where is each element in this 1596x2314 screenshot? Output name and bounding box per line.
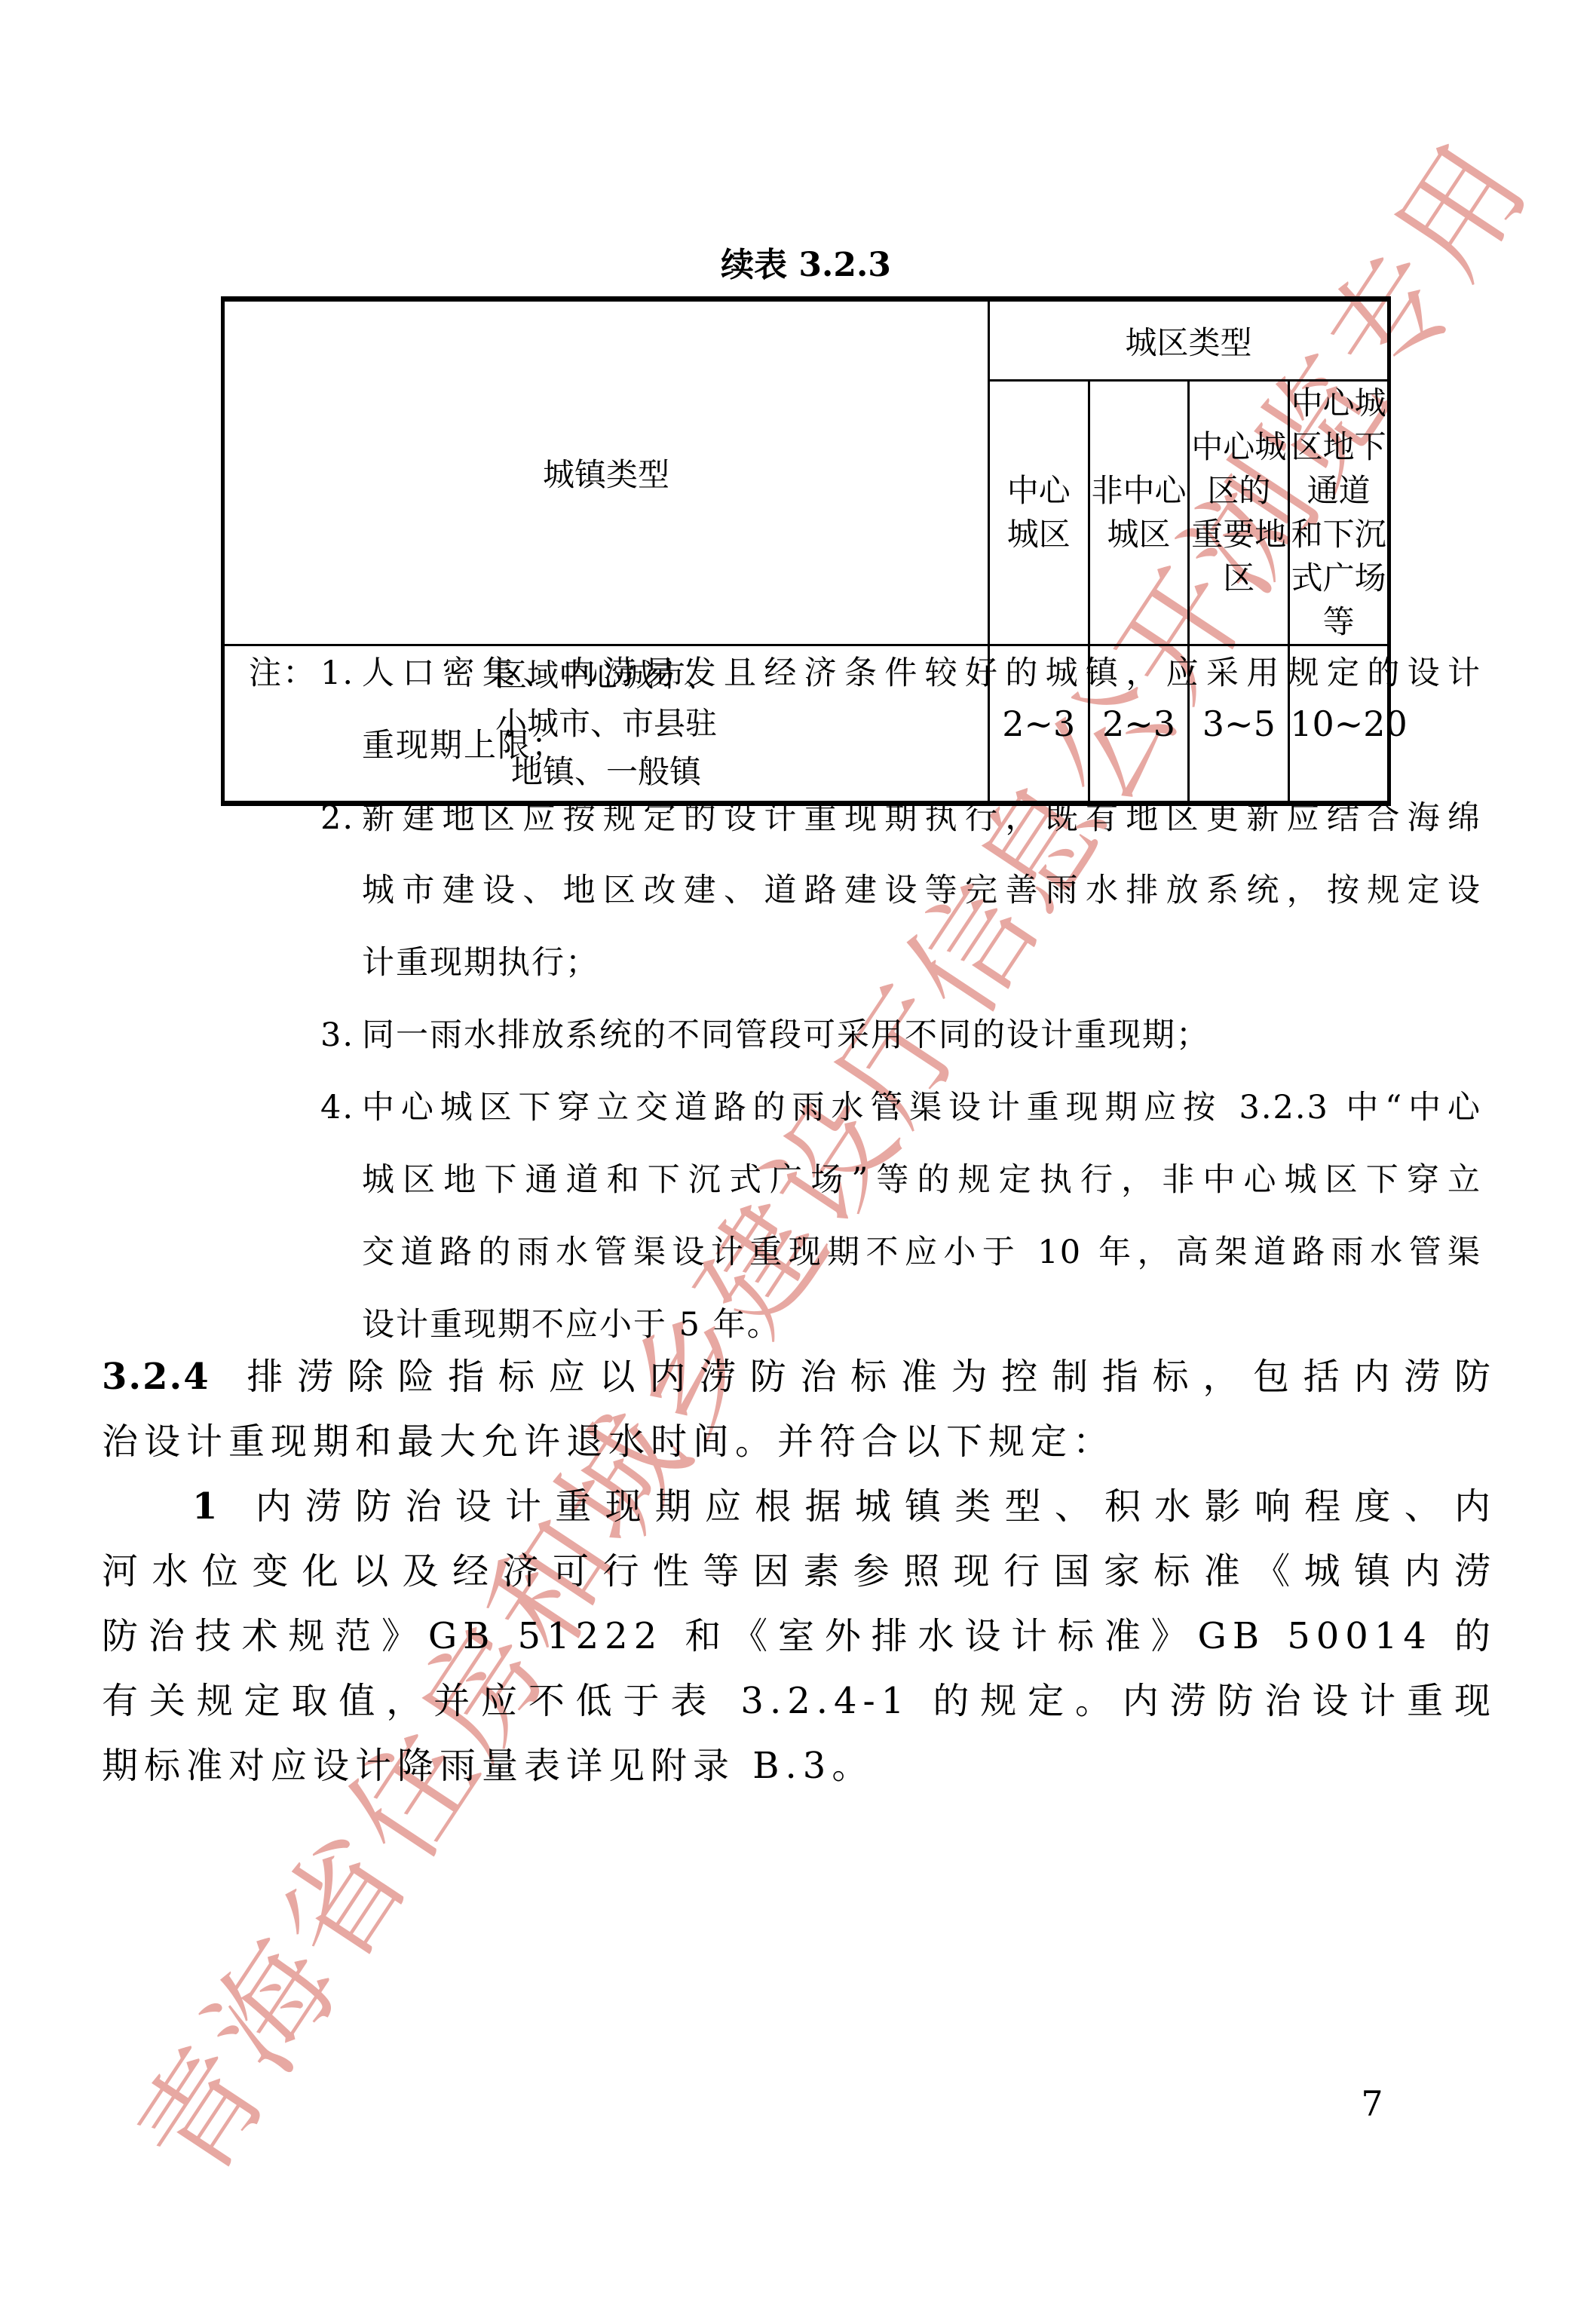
note-text: 城区地下通道和下沉式广场”等的规定执行，非中心城区下穿立 [362, 1144, 1481, 1216]
section-3-2-4: 3.2.4排涝除险指标应以内涝防治标准为控制指标，包括内涝防 治设计重现期和最大… [102, 1344, 1496, 1798]
section-line: 有关规定取值，并应不低于表 3.2.4-1 的规定。内涝防治设计重现 [102, 1669, 1496, 1733]
sub-header-line: 中心 [990, 469, 1088, 513]
section-text: 河水位变化以及经济可行性等因素参照现行国家标准《城镇内涝 [102, 1550, 1496, 1592]
note-line: 4. 中心城区下穿立交道路的雨水管渠设计重现期应按 3.2.3 中“中心 [249, 1071, 1485, 1144]
document-page: 青海省住房和城乡建设厅信息公开浏览专用 续表 3.2.3 城镇类型 城区类型 中… [0, 0, 1596, 2314]
clause-number: 1 [192, 1485, 219, 1528]
sub-header-important-area: 中心城区的 重要地区 [1189, 381, 1289, 645]
sub-header-line: 中心城区地下通道 [1290, 382, 1387, 513]
sub-header-non-central-district: 非中心 城区 [1089, 381, 1189, 645]
table-title: 续表 3.2.3 [221, 241, 1391, 290]
section-line: 治设计重现期和最大允许退水时间。并符合以下规定： [102, 1409, 1496, 1474]
sub-header-central-district: 中心 城区 [988, 381, 1089, 645]
section-line: 防治技术规范》GB 51222 和《室外排水设计标准》GB 50014 的 [102, 1604, 1496, 1669]
note-line: 交道路的雨水管渠设计重现期不应小于 10 年，高架道路雨水管渠 [249, 1216, 1485, 1289]
note-text: 重现期上限； [362, 710, 565, 782]
note-text: 城市建设、地区改建、道路建设等完善雨水排放系统，按规定设 [362, 854, 1481, 927]
sub-header-underpass-sunken-plaza: 中心城区地下通道 和下沉式广场等 [1289, 381, 1389, 645]
note-line: 计重现期执行； [249, 927, 1485, 999]
sub-header-line: 城区 [990, 513, 1088, 556]
sub-header-line: 和下沉式广场等 [1290, 513, 1387, 644]
section-text: 期标准对应设计降雨量表详见附录 B.3。 [102, 1745, 874, 1787]
note-number: 3. [320, 999, 354, 1071]
note-line: 重现期上限； [249, 710, 1485, 782]
section-line: 3.2.4排涝除险指标应以内涝防治标准为控制指标，包括内涝防 [102, 1344, 1496, 1409]
sub-header-line: 重要地区 [1190, 513, 1288, 600]
col-header-town-type: 城镇类型 [223, 299, 989, 645]
note-text: 中心城区下穿立交道路的雨水管渠设计重现期应按 3.2.3 中“中心 [362, 1071, 1481, 1144]
note-text: 人口密集、内涝易发且经济条件较好的城镇，应采用规定的设计 [362, 637, 1481, 710]
section-text: 治设计重现期和最大允许退水时间。并符合以下规定： [102, 1421, 1115, 1463]
note-number: 4. [320, 1071, 354, 1144]
section-text: 防治技术规范》GB 51222 和《室外排水设计标准》GB 50014 的 [102, 1615, 1496, 1657]
notes-label: 注： [249, 637, 317, 710]
sub-header-line: 中心城区的 [1190, 425, 1288, 513]
note-text: 同一雨水排放系统的不同管段可采用不同的设计重现期； [362, 999, 1210, 1071]
note-line: 3. 同一雨水排放系统的不同管段可采用不同的设计重现期； [249, 999, 1485, 1071]
note-number: 2. [320, 782, 354, 854]
section-text: 内涝防治设计重现期应根据城镇类型、积水影响程度、内 [247, 1485, 1496, 1528]
note-line: 城区地下通道和下沉式广场”等的规定执行，非中心城区下穿立 [249, 1144, 1485, 1216]
note-number: 1. [320, 637, 354, 710]
page-number: 7 [1327, 2081, 1417, 2126]
note-line: 城市建设、地区改建、道路建设等完善雨水排放系统，按规定设 [249, 854, 1485, 927]
note-text: 新建地区应按规定的设计重现期执行，既有地区更新应结合海绵 [362, 782, 1481, 854]
section-line: 期标准对应设计降雨量表详见附录 B.3。 [102, 1733, 1496, 1798]
note-text: 计重现期执行； [362, 927, 599, 999]
note-line: 注： 1. 人口密集、内涝易发且经济条件较好的城镇，应采用规定的设计 [249, 637, 1485, 710]
section-number: 3.2.4 [102, 1356, 210, 1398]
group-header-urban-area-type: 城区类型 [988, 299, 1389, 381]
section-line: 河水位变化以及经济可行性等因素参照现行国家标准《城镇内涝 [102, 1539, 1496, 1604]
sub-header-line: 城区 [1090, 513, 1188, 556]
section-line: 1内涝防治设计重现期应根据城镇类型、积水影响程度、内 [102, 1474, 1496, 1539]
sub-header-line: 非中心 [1090, 469, 1188, 513]
section-text: 排涝除险指标应以内涝防治标准为控制指标，包括内涝防 [239, 1356, 1496, 1398]
table-notes: 注： 1. 人口密集、内涝易发且经济条件较好的城镇，应采用规定的设计 重现期上限… [249, 637, 1485, 1361]
note-text: 交道路的雨水管渠设计重现期不应小于 10 年，高架道路雨水管渠 [362, 1216, 1481, 1289]
note-line: 2. 新建地区应按规定的设计重现期执行，既有地区更新应结合海绵 [249, 782, 1485, 854]
section-text: 有关规定取值，并应不低于表 3.2.4-1 的规定。内涝防治设计重现 [102, 1680, 1496, 1722]
